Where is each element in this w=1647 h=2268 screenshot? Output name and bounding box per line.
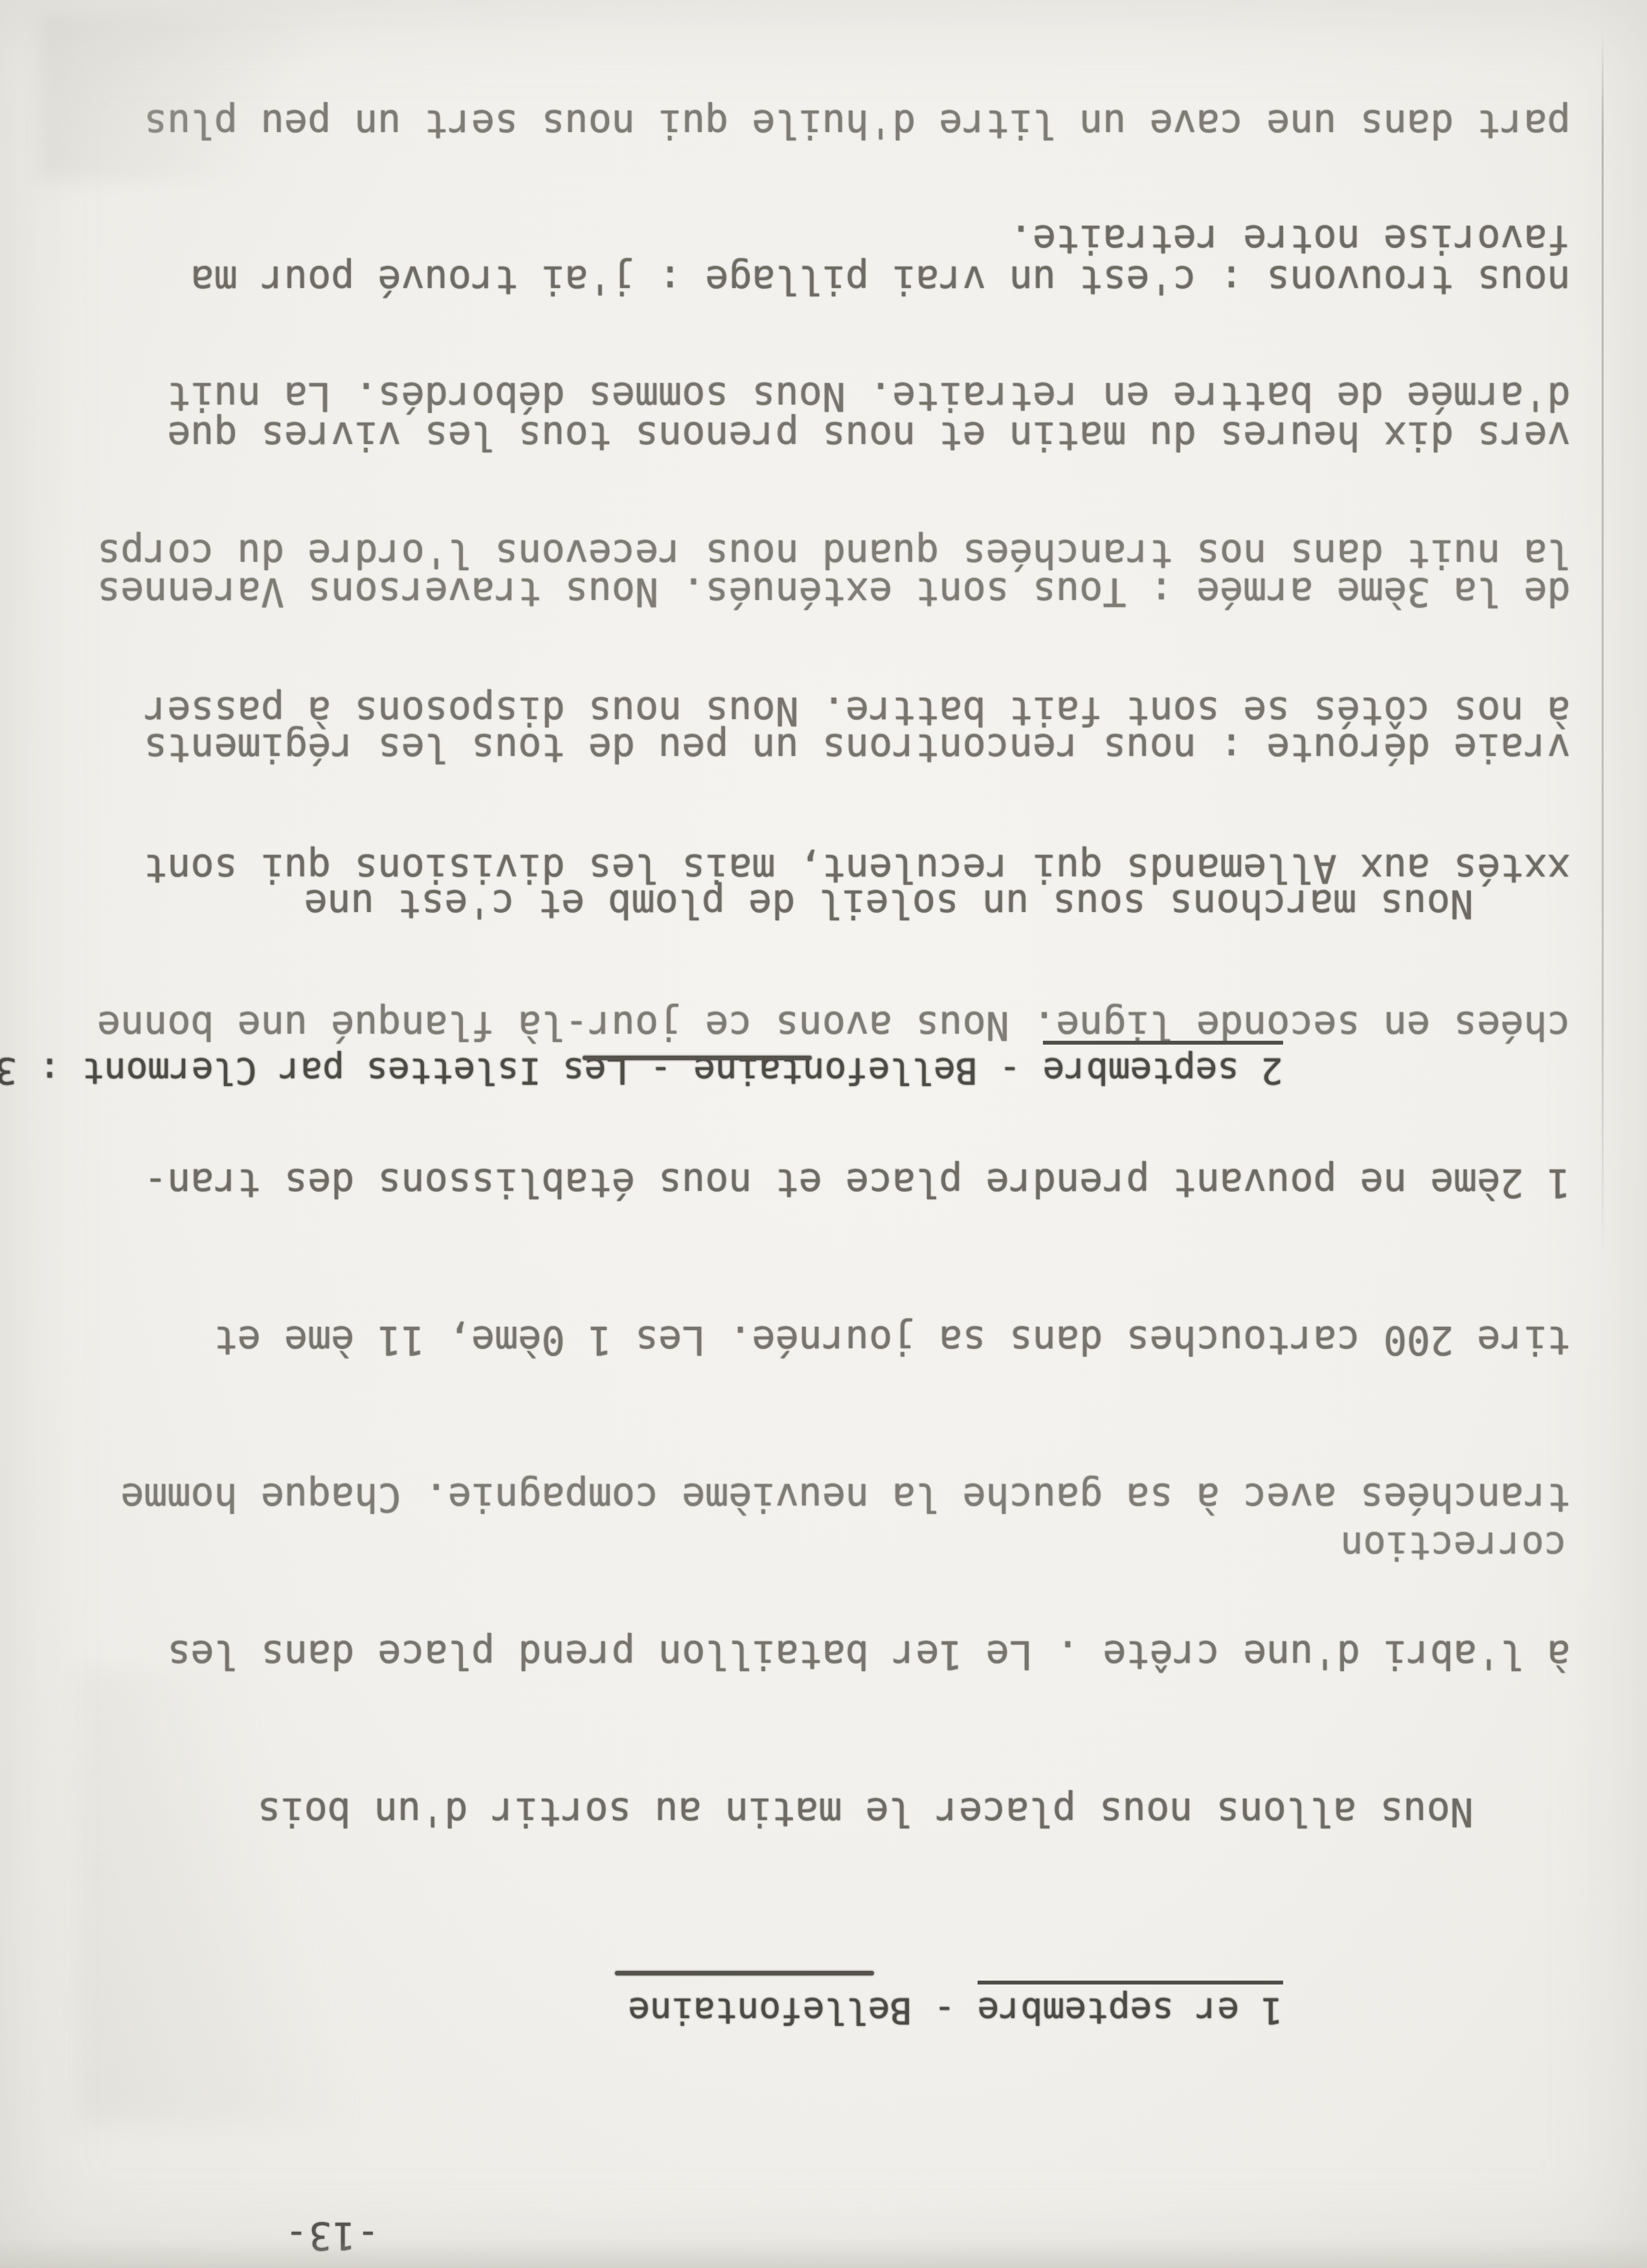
text-line: nous trouvons : c'est un vrai pillage : … bbox=[43, 247, 1571, 312]
entry-date: 1 er septembre bbox=[978, 1981, 1283, 2032]
entry-date: 2 septembre bbox=[1043, 1041, 1283, 1092]
text-line: tire 200 cartouches dans sa journée. Les… bbox=[43, 1306, 1571, 1373]
text-line: 1 2ème ne pouvant prendre place et nous … bbox=[43, 1149, 1571, 1216]
heading-divider-rule bbox=[615, 1971, 874, 1975]
scanned-page: -13- 1 er septembre - Bellefontaine Nous… bbox=[0, 0, 1647, 2268]
text-line: de la 3ème armée : Tous sont exténués. N… bbox=[43, 559, 1571, 624]
text-line: Nous marchons sous un soleil de plomb et… bbox=[43, 871, 1571, 936]
text-line: vers dix heures du matin et nous prenons… bbox=[43, 403, 1571, 468]
paper-wrinkle-shading bbox=[78, 1670, 440, 2123]
text-line: vraie déroute : nous rencontrons un peu … bbox=[43, 715, 1571, 780]
text-line: tranchées avec à sa gauche la neuvième c… bbox=[43, 1463, 1571, 1530]
paper-crease-line bbox=[1602, 34, 1604, 1257]
entry-location: - Bellefontaine - Les Islettes par Clerm… bbox=[0, 1050, 1043, 1092]
heading-divider-rule bbox=[583, 1056, 812, 1060]
scan-edge-shadow bbox=[0, 2240, 1647, 2268]
entry-heading-1-septembre: 1 er septembre - Bellefontaine bbox=[628, 1939, 1414, 2074]
typed-correction-insert: correction bbox=[1341, 1524, 1567, 1568]
paper-wrinkle-shading bbox=[39, 13, 492, 181]
entry-location: - Bellefontaine bbox=[628, 1990, 977, 2032]
